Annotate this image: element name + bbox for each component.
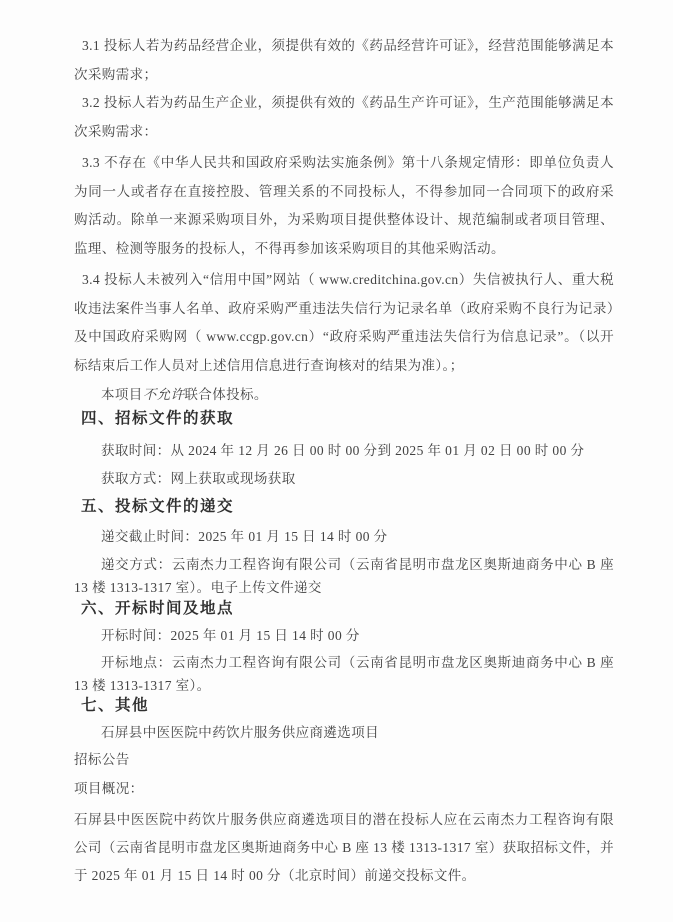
qualification-item-3-2: 3.2 投标人若为药品生产企业，须提供有效的《药品生产许可证》，生产范围能够满足… [74, 89, 614, 146]
announcement-label: 招标公告 [74, 746, 614, 775]
section-6-heading: 六、开标时间及地点 [81, 596, 234, 618]
section-5-heading: 五、投标文件的递交 [81, 494, 234, 516]
section-5-deadline: 递交截止时间：2025 年 01 月 15 日 14 时 00 分 [74, 523, 614, 552]
joint-bid-suffix: 联合体投标。 [184, 387, 267, 402]
section-5-submit-method: 递交方式：云南杰力工程咨询有限公司（云南省昆明市盘龙区奥斯迪商务中心 B 座 1… [74, 553, 614, 599]
qualification-item-3-4: 3.4 投标人未被列入“信用中国”网站（ www.creditchina.gov… [74, 266, 614, 380]
section-6-open-place: 开标地点：云南杰力工程咨询有限公司（云南省昆明市盘龙区奥斯迪商务中心 B 座 1… [74, 651, 614, 697]
joint-bid-prefix: 本项目 [101, 387, 143, 402]
joint-bid-emphasis: 不允许 [143, 387, 185, 402]
qualification-item-3-3: 3.3 不存在《中华人民共和国政府采购法实施条例》第十八条规定情形：即单位负责人… [74, 149, 614, 263]
qualification-item-3-1: 3.1 投标人若为药品经营企业，须提供有效的《药品经营许可证》，经营范围能够满足… [74, 32, 614, 89]
section-4-heading: 四、招标文件的获取 [81, 406, 234, 428]
section-4-obtain-time: 获取时间：从 2024 年 12 月 26 日 00 时 00 分到 2025 … [74, 437, 614, 466]
section-6-open-time: 开标时间：2025 年 01 月 15 日 14 时 00 分 [74, 622, 614, 651]
section-7-heading: 七、其他 [81, 693, 149, 715]
project-overview-text: 石屏县中医医院中药饮片服务供应商遴选项目的潜在投标人应在云南杰力工程咨询有限公司… [74, 806, 614, 890]
section-7-project-name: 石屏县中医医院中药饮片服务供应商遴选项目 [74, 719, 614, 748]
project-overview-label: 项目概况： [74, 775, 614, 804]
document-page: 3.1 投标人若为药品经营企业，须提供有效的《药品经营许可证》，经营范围能够满足… [0, 0, 673, 922]
section-4-obtain-method: 获取方式：网上获取或现场获取 [74, 465, 614, 494]
